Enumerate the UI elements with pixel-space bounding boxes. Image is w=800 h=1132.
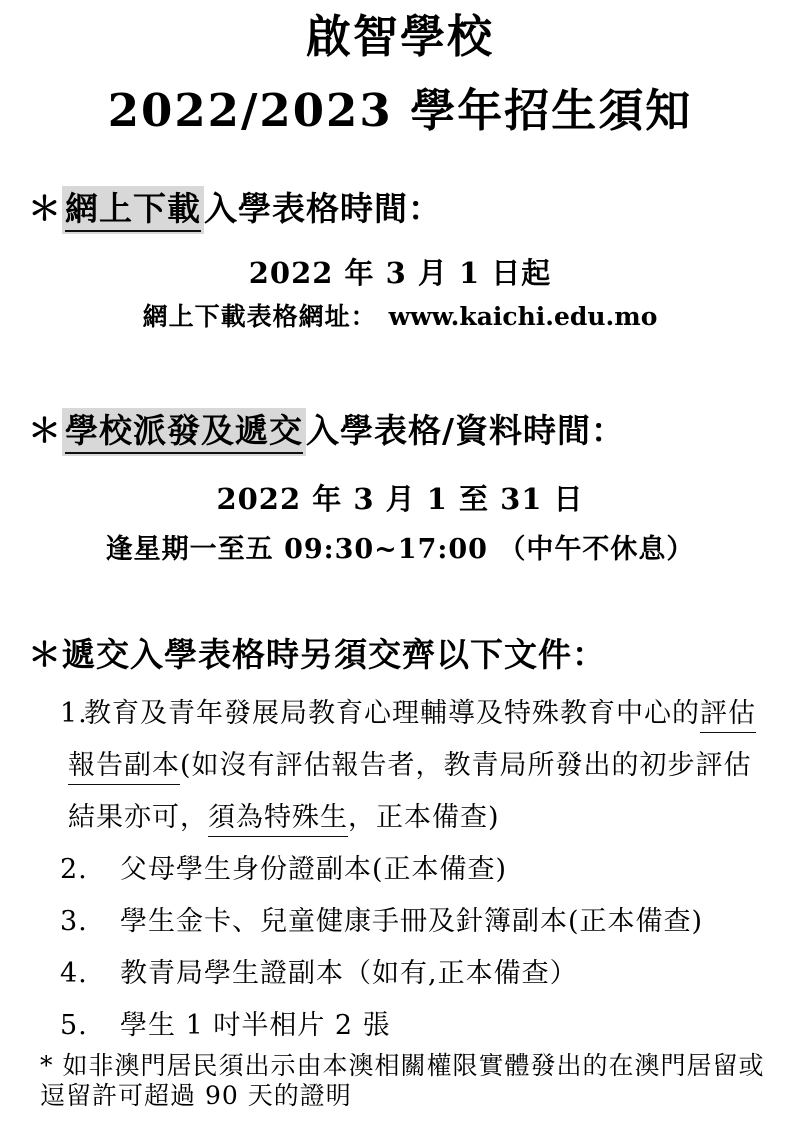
list-item-1-text: (如沒有評估報告者，教青局所發出的初步評估	[180, 750, 752, 781]
list-item-1-text: ，正本備查)	[348, 802, 500, 833]
required-documents-list: 1.教育及青年發展局教育心理輔導及特殊教育中心的評估 報告副本(如沒有評估報告者…	[0, 688, 800, 1052]
section-star: ＊	[28, 635, 62, 674]
section-required-documents-heading: ＊遞交入學表格時另須交齊以下文件：	[0, 628, 800, 682]
list-item-5: 5.學生 1 吋半相片 2 張	[0, 1000, 800, 1052]
heading-rest-text: 遞交入學表格時另須交齊以下文件：	[62, 635, 606, 674]
list-item-1-line-2: 報告副本(如沒有評估報告者，教青局所發出的初步評估	[0, 740, 800, 792]
non-resident-footnote-line-1: * 如非澳門居民須出示由本澳相關權限實體發出的在澳門居留或	[0, 1050, 800, 1082]
highlighted-phrase-text: 學校派發及遞交	[65, 411, 303, 454]
document-subtitle: 2022/2023 學年招生須知	[0, 80, 800, 142]
list-item-2-number: 2.	[60, 844, 88, 896]
download-url: www.kaichi.edu.mo	[389, 302, 658, 331]
download-url-label: 網上下載表格網址：	[143, 302, 377, 331]
highlighted-phrase-online-download: 網上下載	[62, 186, 204, 234]
non-resident-footnote-line-2: 逗留許可超過 90 天的證明	[0, 1080, 800, 1112]
list-item-4-text: 教青局學生證副本（如有,正本備查）	[120, 958, 578, 989]
office-hours-line: 逢星期一至五 09:30~17:00 （中午不休息）	[0, 530, 800, 570]
highlighted-phrase-school-submit: 學校派發及遞交	[62, 408, 306, 456]
underlined-segment: 報告副本	[68, 750, 180, 785]
list-item-2-text: 父母學生身份證副本(正本備查)	[120, 854, 507, 885]
school-name-title: 啟智學校	[0, 6, 800, 68]
underlined-segment: 須為特殊生	[208, 802, 348, 837]
section-star: ＊	[28, 411, 62, 450]
list-item-1-line-3: 結果亦可，須為特殊生，正本備查)	[0, 792, 800, 844]
list-item-4: 4.教青局學生證副本（如有,正本備查）	[0, 948, 800, 1000]
underlined-segment: 評估	[700, 698, 756, 733]
list-item-1-text: 教育及青年發展局教育心理輔導及特殊教育中心的	[84, 698, 700, 729]
list-item-1-line-1: 1.教育及青年發展局教育心理輔導及特殊教育中心的評估	[0, 688, 800, 740]
list-item-3: 3.學生金卡、兒童健康手冊及針簿副本(正本備查)	[0, 896, 800, 948]
school-submit-date: 2022 年 3 月 1 至 31 日	[0, 478, 800, 520]
list-item-2: 2.父母學生身份證副本(正本備查)	[0, 844, 800, 896]
list-item-3-number: 3.	[60, 896, 88, 948]
section-school-submit-heading: ＊學校派發及遞交入學表格/資料時間：	[0, 404, 800, 458]
list-item-1-number: 1.	[60, 688, 88, 740]
online-download-date: 2022 年 3 月 1 日起	[0, 252, 800, 294]
download-url-line: 網上下載表格網址：www.kaichi.edu.mo	[0, 298, 800, 336]
section-online-download-heading: ＊網上下載入學表格時間：	[0, 182, 800, 236]
section-star: ＊	[28, 189, 62, 228]
list-item-3-text: 學生金卡、兒童健康手冊及針簿副本(正本備查)	[120, 906, 703, 937]
list-item-4-number: 4.	[60, 948, 88, 1000]
heading-rest-text: 入學表格/資料時間：	[306, 411, 625, 450]
highlighted-phrase-text: 網上下載	[65, 189, 201, 232]
list-item-5-text: 學生 1 吋半相片 2 張	[120, 1010, 391, 1041]
list-item-1-text: 結果亦可，	[68, 802, 208, 833]
admission-notice-document: 啟智學校 2022/2023 學年招生須知 ＊網上下載入學表格時間： 2022 …	[0, 0, 800, 1132]
heading-rest-text: 入學表格時間：	[204, 189, 442, 228]
list-item-5-number: 5.	[60, 1000, 88, 1052]
